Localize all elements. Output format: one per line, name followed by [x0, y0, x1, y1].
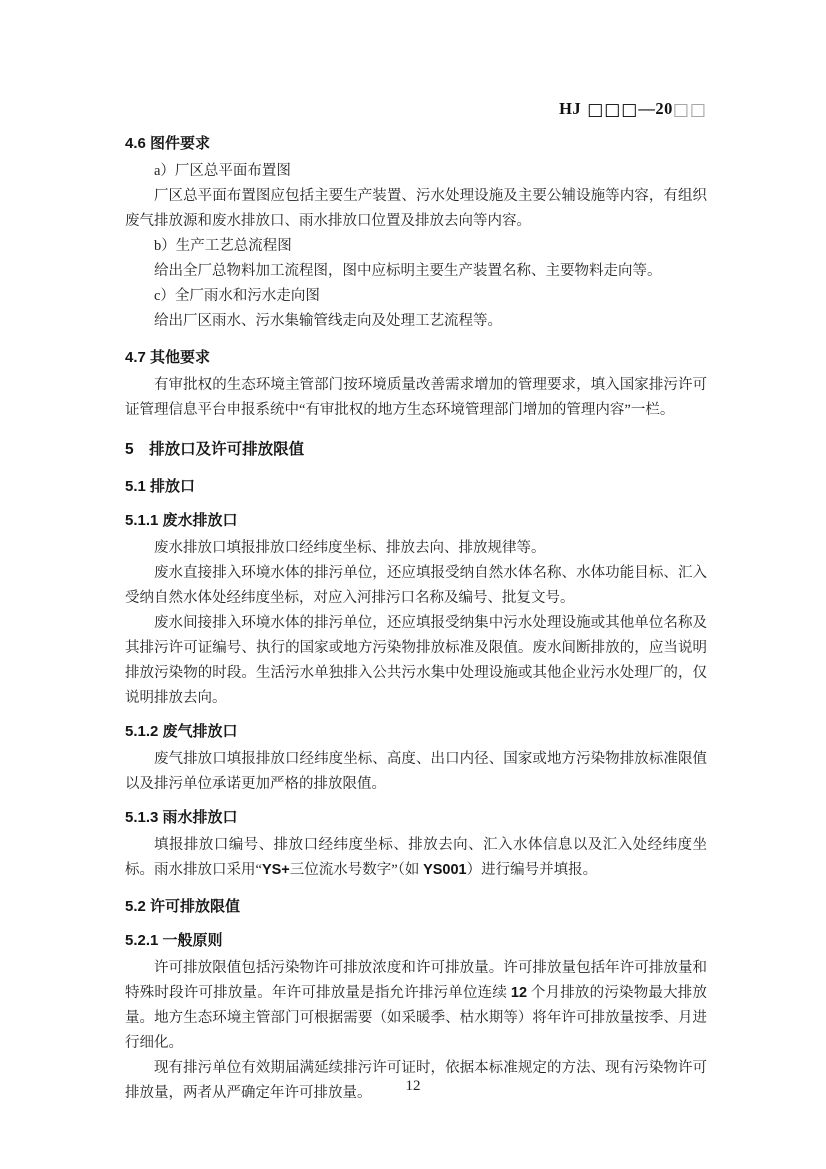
page-header-standard-code: HJ□□□—20□□: [125, 98, 707, 120]
paragraph: c）全厂雨水和污水走向图: [125, 284, 707, 309]
paragraph: 给出全厂总物料加工流程图，图中应标明主要生产装置名称、主要物料走向等。: [125, 259, 707, 284]
standard-year-placeholder-boxes: □□: [673, 100, 707, 120]
subsection-heading: 5.1.2 废气排放口: [125, 719, 707, 745]
chapter-heading: 5 排放口及许可排放限值: [125, 437, 707, 463]
section-heading: 5.2 许可排放限值: [125, 894, 707, 920]
page-footer: 12: [0, 1076, 826, 1096]
subsection-heading: 5.1.1 废水排放口: [125, 508, 707, 534]
subsection-heading: 5.1.3 雨水排放口: [125, 805, 707, 831]
paragraph: 厂区总平面布置图应包括主要生产装置、污水处理设施及主要公辅设施等内容，有组织废气…: [125, 184, 707, 234]
paragraph: 废水排放口填报排放口经纬度坐标、排放去向、排放规律等。: [125, 536, 707, 561]
document-body: 4.6 图件要求a）厂区总平面布置图厂区总平面布置图应包括主要生产装置、污水处理…: [125, 131, 707, 1106]
paragraph: 废气排放口填报排放口经纬度坐标、高度、出口内径、国家或地方污染物排放标准限值以及…: [125, 747, 707, 797]
standard-code-prefix: HJ: [559, 99, 581, 118]
section-heading: 4.6 图件要求: [125, 131, 707, 157]
subsection-heading: 5.2.1 一般原则: [125, 928, 707, 954]
paragraph: 填报排放口编号、排放口经纬度坐标、排放去向、汇入水体信息以及汇入处经纬度坐标。雨…: [125, 833, 707, 883]
paragraph: 许可排放限值包括污染物许可排放浓度和许可排放量。许可排放量包括年许可排放量和特殊…: [125, 956, 707, 1056]
paragraph: b）生产工艺总流程图: [125, 234, 707, 259]
section-heading: 4.7 其他要求: [125, 345, 707, 371]
section-heading: 5.1 排放口: [125, 474, 707, 500]
paragraph: 废水间接排入环境水体的排污单位，还应填报受纳集中污水处理设施或其他单位名称及其排…: [125, 611, 707, 711]
text-column: HJ□□□—20□□ 4.6 图件要求a）厂区总平面布置图厂区总平面布置图应包括…: [125, 98, 707, 1106]
document-page: HJ□□□—20□□ 4.6 图件要求a）厂区总平面布置图厂区总平面布置图应包括…: [0, 0, 826, 1169]
paragraph: a）厂区总平面布置图: [125, 159, 707, 184]
paragraph: 有审批权的生态环境主管部门按环境质量改善需求增加的管理要求，填入国家排污许可证管…: [125, 373, 707, 423]
standard-number-placeholder-boxes: □□□: [587, 100, 638, 120]
paragraph: 给出厂区雨水、污水集输管线走向及处理工艺流程等。: [125, 309, 707, 334]
standard-year-segment: —20: [638, 99, 673, 118]
paragraph: 废水直接排入环境水体的排污单位，还应填报受纳自然水体名称、水体功能目标、汇入受纳…: [125, 561, 707, 611]
page-number: 12: [406, 1078, 421, 1094]
